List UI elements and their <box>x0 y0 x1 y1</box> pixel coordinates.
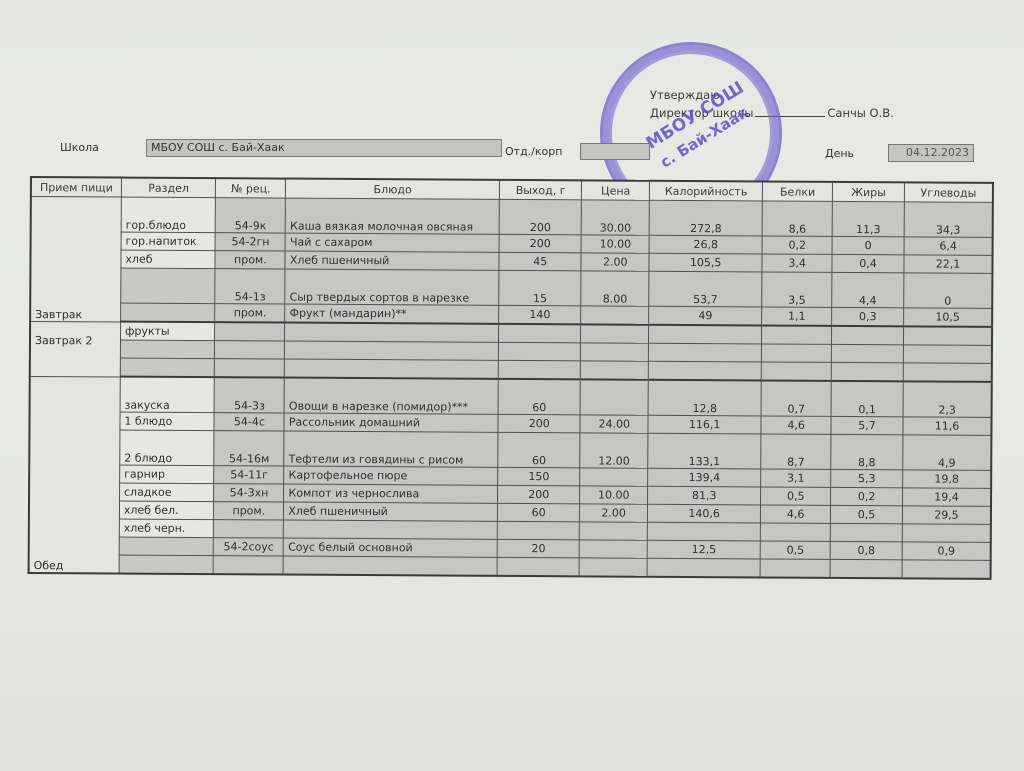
cell-yield: 60 <box>498 503 580 522</box>
cell-carbs <box>904 326 993 345</box>
cell-protein: 0,7 <box>761 380 831 416</box>
cell-recipe: 54-3з <box>215 377 285 413</box>
cell-kcal <box>649 325 762 344</box>
cell-fat: 0,1 <box>831 381 903 417</box>
cell-yield <box>498 360 580 379</box>
cell-yield: 150 <box>498 467 580 486</box>
cell-protein: 3,1 <box>761 469 831 487</box>
cell-dish: Рассольник домашний <box>284 413 498 432</box>
cell-kcal: 140,6 <box>648 504 761 523</box>
cell-kcal <box>648 361 761 380</box>
approve-label: Утверждаю <box>650 86 894 104</box>
cell-kcal: 26,8 <box>649 235 762 254</box>
director-label: Директор школы <box>650 106 753 120</box>
cell-dish <box>283 556 497 576</box>
director-line: Директор школыСанчы О.В. <box>650 104 894 122</box>
cell-fat: 0,2 <box>831 487 903 505</box>
cell-price <box>580 540 648 558</box>
cell-protein: 8,6 <box>762 201 832 236</box>
column-header-recipe: № рец. <box>216 178 286 198</box>
cell-protein: 1,1 <box>762 307 832 326</box>
signature-line <box>755 116 825 117</box>
cell-fat <box>830 559 902 578</box>
cell-protein: 0,5 <box>761 487 831 505</box>
cell-yield: 200 <box>498 414 580 433</box>
cell-price: 24.00 <box>580 415 648 433</box>
cell-yield: 200 <box>499 234 581 253</box>
cell-recipe <box>215 341 285 359</box>
cell-price <box>581 361 649 380</box>
cell-dish: Соус белый основной <box>284 538 498 557</box>
cell-fat <box>830 523 902 541</box>
cell-recipe: 54-3хн <box>214 484 284 502</box>
cell-yield <box>497 557 579 576</box>
cell-fat: 11,3 <box>832 201 904 236</box>
cell-section: гор.блюдо <box>121 197 216 233</box>
cell-section: хлеб бел. <box>119 501 214 520</box>
cell-section: 2 блюдо <box>120 430 215 466</box>
meal-name: Завтрак 2 <box>30 321 121 377</box>
cell-price <box>581 306 649 325</box>
table-row: Завтракгор.блюдо54-9кКаша вязкая молочна… <box>31 197 993 238</box>
column-header-dish: Блюдо <box>286 179 500 200</box>
cell-fat: 8,8 <box>831 434 903 469</box>
cell-recipe <box>215 322 285 341</box>
cell-carbs: 0 <box>904 273 993 309</box>
cell-yield: 200 <box>498 485 580 504</box>
cell-protein <box>762 344 832 362</box>
cell-dish <box>285 341 499 360</box>
cell-dish <box>285 323 499 343</box>
cell-price <box>581 343 649 361</box>
school-field: МБОУ СОШ с. Бай-Хаак <box>146 139 502 157</box>
cell-protein: 4,6 <box>761 505 831 523</box>
cell-kcal <box>647 558 760 577</box>
cell-section <box>121 268 216 304</box>
cell-kcal <box>647 522 760 541</box>
cell-dish: Картофельное пюре <box>284 466 498 485</box>
cell-yield: 20 <box>497 539 579 558</box>
cell-price <box>580 468 648 486</box>
cell-carbs: 2,3 <box>903 381 992 417</box>
cell-section: закуска <box>120 377 215 413</box>
table-row: 54-1зСыр твердых сортов в нарезке158.005… <box>30 268 992 309</box>
cell-recipe <box>214 520 284 538</box>
cell-carbs: 29,5 <box>902 506 991 525</box>
approval-block: Утверждаю Директор школыСанчы О.В. <box>650 86 894 122</box>
column-header-meal: Прием пищи <box>31 177 122 197</box>
cell-kcal: 133,1 <box>648 433 761 469</box>
cell-yield: 200 <box>499 199 581 235</box>
cell-kcal: 12,5 <box>647 540 760 559</box>
cell-section <box>121 303 216 322</box>
cell-price <box>580 379 648 415</box>
cell-carbs: 19,8 <box>903 470 992 489</box>
cell-recipe: 54-2гн <box>216 233 286 251</box>
column-header-price: Цена <box>582 180 650 200</box>
column-header-section: Раздел <box>121 178 216 198</box>
cell-recipe: пром. <box>214 502 284 520</box>
column-header-kcal: Калорийность <box>650 181 763 201</box>
cell-protein: 3,5 <box>762 272 832 307</box>
cell-section <box>119 555 214 574</box>
cell-price: 12.00 <box>580 433 648 468</box>
cell-kcal: 116,1 <box>648 415 761 434</box>
cell-dish: Тефтели из говядины с рисом <box>284 431 498 467</box>
cell-price: 30.00 <box>581 200 649 235</box>
column-header-yield: Выход, г <box>499 180 581 200</box>
cell-fat <box>831 344 903 362</box>
cell-protein <box>762 325 832 344</box>
cell-dish: Сыр твердых сортов в нарезке <box>285 269 499 305</box>
cell-recipe: 54-2соус <box>214 538 284 556</box>
cell-protein <box>760 559 830 578</box>
cell-carbs: 4,9 <box>903 435 992 471</box>
cell-protein <box>761 362 831 381</box>
cell-section: гарнир <box>120 465 215 484</box>
column-header-carbs: Углеводы <box>904 182 993 202</box>
cell-kcal: 139,4 <box>648 468 761 487</box>
cell-kcal: 81,3 <box>648 486 761 505</box>
cell-recipe: 54-1з <box>215 269 285 304</box>
cell-carbs: 19,4 <box>903 488 992 507</box>
director-name: Санчы О.В. <box>827 106 893 120</box>
cell-fat <box>831 362 903 381</box>
cell-recipe <box>215 359 285 378</box>
cell-dish <box>285 359 499 379</box>
cell-price <box>579 558 647 577</box>
cell-fat: 0 <box>832 236 904 254</box>
cell-price: 2.00 <box>581 253 649 271</box>
cell-dish <box>284 520 498 539</box>
cell-dish: Каша вязкая молочная овсяная <box>286 198 500 234</box>
cell-section: хлеб <box>121 250 216 269</box>
cell-fat: 4,4 <box>832 272 904 307</box>
document-page: Утверждаю Директор школыСанчы О.В. МБОУ … <box>0 0 1024 771</box>
cell-carbs <box>903 345 992 364</box>
cell-kcal: 105,5 <box>649 253 762 272</box>
cell-dish: Компот из чернослива <box>284 484 498 503</box>
cell-price: 10.00 <box>581 235 649 253</box>
cell-protein: 4,6 <box>761 416 831 434</box>
cell-carbs <box>903 363 992 382</box>
cell-recipe <box>214 556 284 575</box>
cell-carbs <box>902 524 991 543</box>
meal-name: Обед <box>29 376 121 574</box>
cell-yield: 60 <box>498 379 580 415</box>
cell-section: сладкое <box>119 483 214 502</box>
cell-price <box>581 324 649 343</box>
cell-protein: 0,5 <box>760 541 830 559</box>
cell-dish: Овощи в нарезке (помидор)*** <box>284 378 498 415</box>
cell-fat <box>832 326 904 345</box>
cell-dish: Хлеб пшеничный <box>285 251 499 270</box>
cell-yield: 15 <box>499 270 581 306</box>
cell-fat: 0,3 <box>832 307 904 326</box>
cell-kcal: 53,7 <box>649 271 762 307</box>
cell-protein: 8,7 <box>761 434 831 469</box>
cell-section: гор.напиток <box>121 232 216 251</box>
branch-field <box>580 143 650 160</box>
cell-recipe: пром. <box>215 304 285 323</box>
cell-yield: 45 <box>499 252 581 271</box>
cell-carbs: 34,3 <box>904 202 993 238</box>
cell-carbs: 22,1 <box>904 255 993 274</box>
day-field: 04.12.2023 <box>888 144 974 162</box>
meal-name: Завтрак <box>30 197 121 322</box>
branch-label: Отд./корп <box>505 145 562 158</box>
cell-yield <box>499 342 581 361</box>
cell-section <box>119 537 214 556</box>
cell-section: фрукты <box>120 322 215 341</box>
cell-section <box>120 358 215 377</box>
cell-kcal: 49 <box>649 306 762 325</box>
school-label: Школа <box>60 141 99 154</box>
cell-yield <box>497 521 579 540</box>
cell-carbs: 11,6 <box>903 417 992 436</box>
cell-carbs: 10,5 <box>904 308 993 327</box>
cell-dish: Хлеб пшеничный <box>284 502 498 521</box>
cell-fat: 5,7 <box>831 416 903 434</box>
cell-recipe: 54-4с <box>214 413 284 431</box>
cell-fat: 0,4 <box>832 254 904 272</box>
day-label: День <box>825 147 854 160</box>
table-row: 2 блюдо54-16мТефтели из говядины с рисом… <box>29 430 991 471</box>
cell-protein: 3,4 <box>762 254 832 272</box>
cell-price: 8.00 <box>581 271 649 306</box>
menu-table: Прием пищиРаздел№ рец.БлюдоВыход, гЦенаК… <box>28 176 994 580</box>
cell-kcal: 12,8 <box>648 380 761 416</box>
column-header-fat: Жиры <box>832 182 904 202</box>
cell-recipe: пром. <box>215 251 285 269</box>
cell-recipe: 54-9к <box>216 198 286 233</box>
cell-yield: 60 <box>498 432 580 468</box>
cell-kcal: 272,8 <box>649 200 762 236</box>
cell-fat: 5,3 <box>831 469 903 487</box>
cell-protein: 0,2 <box>762 236 832 254</box>
cell-price <box>580 522 648 540</box>
cell-dish: Фрукт (мандарин)** <box>285 304 499 324</box>
cell-price: 2.00 <box>580 504 648 522</box>
cell-section: хлеб черн. <box>119 519 214 538</box>
cell-section: 1 блюдо <box>120 412 215 431</box>
cell-recipe: 54-11г <box>214 466 284 484</box>
cell-section <box>120 340 215 359</box>
table-row: Обедзакуска54-3зОвощи в нарезке (помидор… <box>30 376 992 417</box>
cell-protein <box>761 523 831 541</box>
cell-price: 10.00 <box>580 486 648 504</box>
cell-dish: Чай с сахаром <box>285 233 499 252</box>
column-header-protein: Белки <box>763 181 833 201</box>
cell-recipe: 54-16м <box>214 431 284 466</box>
cell-carbs: 6,4 <box>904 237 993 256</box>
cell-fat: 0,5 <box>830 505 902 523</box>
cell-carbs <box>902 560 991 579</box>
cell-carbs: 0,9 <box>902 542 991 561</box>
cell-fat: 0,8 <box>830 541 902 559</box>
cell-yield: 140 <box>499 305 581 324</box>
cell-kcal <box>649 343 762 362</box>
cell-yield <box>499 324 581 343</box>
